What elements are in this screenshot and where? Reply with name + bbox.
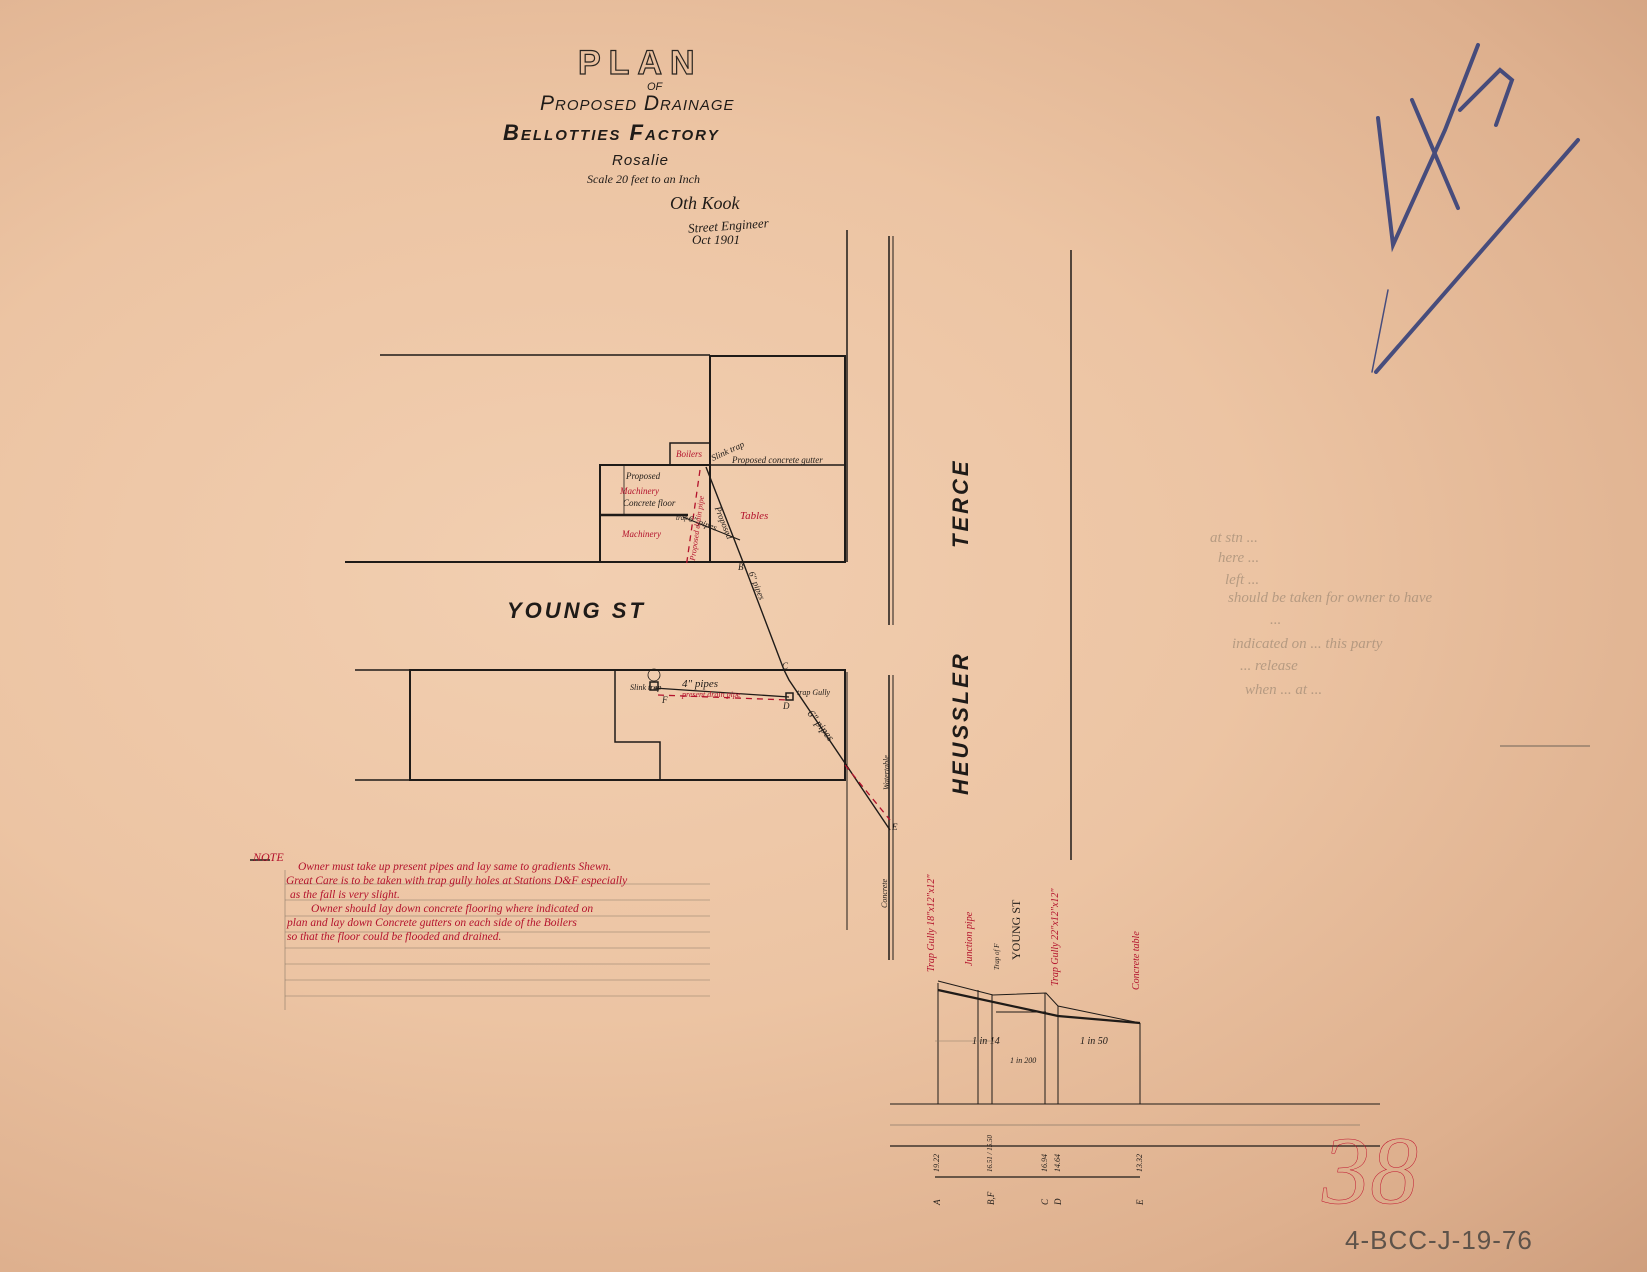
label-trap: trap xyxy=(676,514,688,522)
level-c: 16.94 xyxy=(1040,1154,1049,1172)
section-junction-pipe: Junction pipe xyxy=(964,912,975,966)
terrace-label: TERCE xyxy=(948,458,974,548)
level-a: 19.22 xyxy=(932,1154,941,1172)
gradient-1-in-200: 1 in 200 xyxy=(1010,1056,1036,1065)
note-heading: NOTE xyxy=(253,850,284,865)
label-watertable: Watertable xyxy=(882,755,891,790)
level-e: 13.32 xyxy=(1135,1154,1144,1172)
label-tables: Tables xyxy=(740,510,768,522)
note-line-1: Owner must take up present pipes and lay… xyxy=(298,861,611,873)
label-proposed: Proposed xyxy=(626,471,660,481)
label-trap-gully: trap Gully xyxy=(797,688,830,697)
station-b: B xyxy=(738,562,744,572)
label-concrete-floor: Concrete floor xyxy=(623,498,675,508)
title-rosalie: Rosalie xyxy=(612,152,669,169)
label-slink-trap-f: Slink trap xyxy=(630,683,661,692)
note-line-2: Great Care is to be taken with trap gull… xyxy=(286,875,627,887)
station-label-c: C xyxy=(1040,1199,1050,1205)
title-proposed-drainage: Proposed Drainage xyxy=(540,92,735,116)
plan-drawing xyxy=(0,0,1647,1272)
label-concrete: Concrete xyxy=(880,879,889,908)
level-d: 14.64 xyxy=(1053,1154,1062,1172)
pencil-note-4: should be taken for owner to have xyxy=(1228,590,1432,607)
note-line-5: plan and lay down Concrete gutters on ea… xyxy=(287,917,577,929)
label-machinery: Machinery xyxy=(622,529,661,539)
label-4in-pipes: 4" pipes xyxy=(682,678,718,690)
station-label-d: D xyxy=(1053,1199,1063,1206)
station-c: C xyxy=(782,661,788,671)
station-d: D xyxy=(783,701,790,711)
pencil-note-7: ... release xyxy=(1240,658,1298,675)
section-trap-gully-2: Trap Gully 22"x12"x12" xyxy=(1050,888,1061,986)
pencil-note-2: here ... xyxy=(1218,550,1259,567)
section-trap-gully-1: Trap Gully 18"x12"x12" xyxy=(926,874,937,972)
young-street-label: YOUNG ST xyxy=(507,598,646,624)
level-bf: 16.51 / 15.50 xyxy=(986,1135,994,1172)
archive-reference: 4-BCC-J-19-76 xyxy=(1345,1225,1533,1256)
label-boilers: Boilers xyxy=(676,449,702,459)
section-young-st: YOUNG ST xyxy=(1009,900,1024,960)
note-line-3: as the fall is very slight. xyxy=(290,889,400,901)
station-label-bf: B,F xyxy=(986,1192,996,1205)
gradient-1-in-14: 1 in 14 xyxy=(972,1036,1000,1047)
drainage-plan-sheet: PLAN OF Proposed Drainage Bellotties Fac… xyxy=(0,0,1647,1272)
label-proposed-machinery: Machinery xyxy=(620,486,659,496)
pencil-note-1: at stn ... xyxy=(1210,530,1258,547)
label-proposed-concrete-gutter: Proposed concrete gutter xyxy=(732,455,823,465)
station-label-e: E xyxy=(1135,1200,1145,1206)
scale-note: Scale 20 feet to an Inch xyxy=(587,172,700,187)
heussler-label: HEUSSLER xyxy=(948,651,974,795)
pencil-note-6: indicated on ... this party xyxy=(1232,636,1382,653)
label-present-drain-pipe: present drain pipe xyxy=(682,690,740,699)
date: Oct 1901 xyxy=(692,232,740,248)
note-line-6: so that the floor could be flooded and d… xyxy=(287,931,501,943)
pencil-note-3: left ... xyxy=(1225,572,1259,589)
section-trap-of-f: Trap of F xyxy=(993,944,1001,970)
archive-number: 38 xyxy=(1322,1115,1418,1226)
gradient-1-in-50: 1 in 50 xyxy=(1080,1036,1108,1047)
note-line-4: Owner should lay down concrete flooring … xyxy=(311,903,593,915)
station-e: E xyxy=(892,822,898,832)
pencil-note-8: when ... at ... xyxy=(1245,682,1322,699)
section-concrete-table: Concrete table xyxy=(1131,931,1142,990)
pencil-note-5: ... xyxy=(1270,612,1281,629)
signature: Oth Kook xyxy=(670,193,740,214)
station-f: F xyxy=(662,695,668,705)
station-label-a: A xyxy=(932,1200,942,1206)
title-plan: PLAN xyxy=(578,44,703,83)
title-bellotties-factory: Bellotties Factory xyxy=(503,120,720,146)
